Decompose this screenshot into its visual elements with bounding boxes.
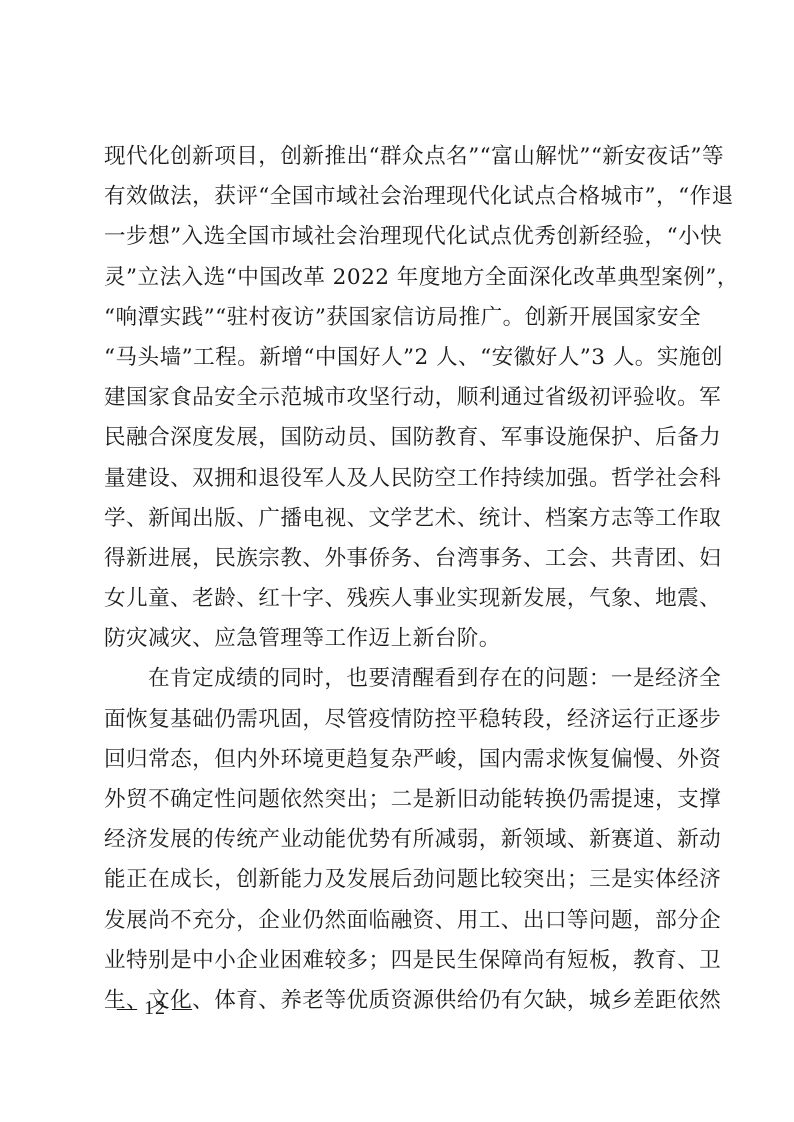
text-line: “响潭实践”“驻村夜访”获国家信访局推广。创新开展国家安全: [104, 298, 692, 338]
text-line: 量建设、双拥和退役军人及人民防空工作持续加强。哲学社会科: [104, 459, 692, 499]
text-line: 建国家食品安全示范城市攻坚行动，顺利通过省级初评验收。军: [104, 378, 692, 418]
text-line: 现代化创新项目，创新推出“群众点名”“富山解忧”“新安夜话”等: [104, 137, 692, 177]
text-line: 能正在成长，创新能力及发展后劲问题比较突出；三是实体经济: [104, 860, 692, 900]
text-line: 发展尚不充分，企业仍然面临融资、用工、出口等问题，部分企: [104, 901, 692, 941]
body-text: 现代化创新项目，创新推出“群众点名”“富山解忧”“新安夜话”等 有效做法，获评“…: [104, 137, 692, 1021]
page-number: — 12 —: [117, 997, 193, 1020]
paragraph-problems: 在肯定成绩的同时，也要清醒看到存在的问题：一是经济全 面恢复基础仍需巩固，尽管疫…: [104, 659, 692, 1021]
text-line: 业特别是中小企业困难较多；四是民生保障尚有短板，教育、卫: [104, 941, 692, 981]
text-line: 回归常态，但内外环境更趋复杂严峻，国内需求恢复偏慢、外资: [104, 740, 692, 780]
text-line: 在肯定成绩的同时，也要清醒看到存在的问题：一是经济全: [104, 659, 692, 699]
text-line: 一步想”入选全国市域社会治理现代化试点优秀创新经验，“小快: [104, 217, 692, 257]
paragraph-achievements: 现代化创新项目，创新推出“群众点名”“富山解忧”“新安夜话”等 有效做法，获评“…: [104, 137, 692, 659]
text-line: 外贸不确定性问题依然突出；二是新旧动能转换仍需提速，支撑: [104, 780, 692, 820]
text-line: 有效做法，获评“全国市域社会治理现代化试点合格城市”，“作退: [104, 177, 692, 217]
text-line: 民融合深度发展，国防动员、国防教育、军事设施保护、后备力: [104, 418, 692, 458]
text-line: 面恢复基础仍需巩固，尽管疫情防控平稳转段，经济运行正逐步: [104, 700, 692, 740]
text-line: “马头墙”工程。新增“中国好人”2 人、“安徽好人”3 人。实施创: [104, 338, 692, 378]
text-line: 学、新闻出版、广播电视、文学艺术、统计、档案方志等工作取: [104, 499, 692, 539]
text-line: 防灾减灾、应急管理等工作迈上新台阶。: [104, 619, 692, 659]
text-line: 女儿童、老龄、红十字、残疾人事业实现新发展，气象、地震、: [104, 579, 692, 619]
document-page: 现代化创新项目，创新推出“群众点名”“富山解忧”“新安夜话”等 有效做法，获评“…: [0, 0, 794, 1122]
text-line: 灵”立法入选“中国改革 2022 年度地方全面深化改革典型案例”，: [104, 258, 692, 298]
text-line: 经济发展的传统产业动能优势有所减弱，新领域、新赛道、新动: [104, 820, 692, 860]
text-line: 得新进展，民族宗教、外事侨务、台湾事务、工会、共青团、妇: [104, 539, 692, 579]
